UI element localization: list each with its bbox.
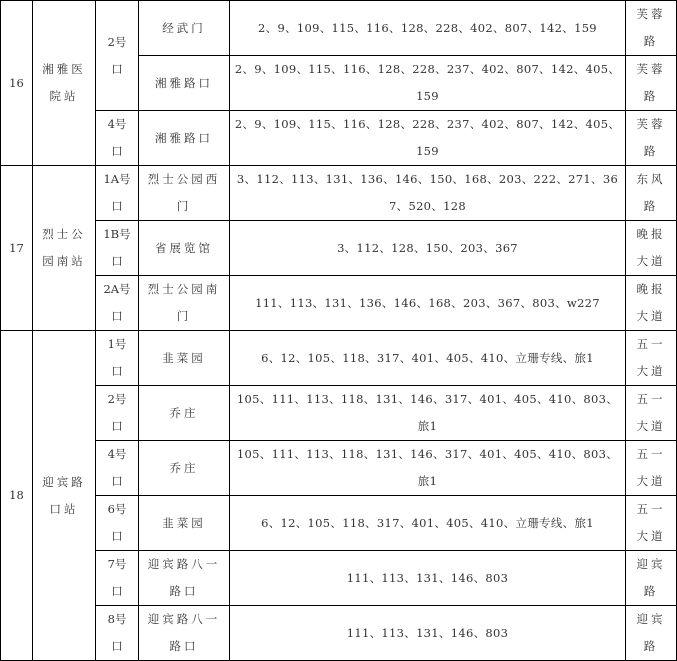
place-name: 韭菜园 [139, 331, 230, 386]
place-name: 省展览馆 [139, 221, 230, 276]
table-row: 18 迎宾路口站 1号口 韭菜园 6、12、105、118、317、401、40… [1, 331, 677, 386]
road-name: 晚报大道 [626, 276, 677, 331]
exit-label: 2号口 [96, 1, 139, 111]
exit-label: 6号口 [96, 496, 139, 551]
station-number: 18 [1, 331, 33, 661]
station-number: 17 [1, 166, 33, 331]
bus-routes: 2、9、109、115、116、128、228、237、402、807、142、… [230, 56, 626, 111]
road-name: 五一大道 [626, 496, 677, 551]
place-name: 迎宾路八一路口 [139, 551, 230, 606]
road-name: 迎宾路 [626, 606, 677, 661]
table-row: 6号口 韭菜园 6、12、105、118、317、401、405、410、立珊专… [1, 496, 677, 551]
place-name: 湘雅路口 [139, 56, 230, 111]
exit-label: 2A号口 [96, 276, 139, 331]
place-name: 乔庄 [139, 386, 230, 441]
road-name: 迎宾路 [626, 551, 677, 606]
road-name: 五一大道 [626, 331, 677, 386]
bus-routes: 2、9、109、115、116、128、228、237、402、807、142、… [230, 111, 626, 166]
bus-routes: 111、113、131、146、803 [230, 606, 626, 661]
bus-routes: 6、12、105、118、317、401、405、410、立珊专线、旅1 [230, 496, 626, 551]
road-name: 五一大道 [626, 441, 677, 496]
bus-routes: 111、113、131、136、146、168、203、367、803、w227 [230, 276, 626, 331]
bus-routes: 105、111、113、118、131、146、317、401、405、410、… [230, 441, 626, 496]
table-row: 1B号口 省展览馆 3、112、128、150、203、367 晚报大道 [1, 221, 677, 276]
bus-routes: 2、9、109、115、116、128、228、402、807、142、159 [230, 1, 626, 56]
place-name: 韭菜园 [139, 496, 230, 551]
road-name: 东风路 [626, 166, 677, 221]
table-row: 16 湘雅医院站 2号口 经武门 2、9、109、115、116、128、228… [1, 1, 677, 56]
table-row: 4号口 乔庄 105、111、113、118、131、146、317、401、4… [1, 441, 677, 496]
place-name: 乔庄 [139, 441, 230, 496]
exit-label: 4号口 [96, 441, 139, 496]
station-name: 烈士公园南站 [33, 166, 96, 331]
bus-routes: 105、111、113、118、131、146、317、401、405、410、… [230, 386, 626, 441]
road-name: 芙蓉路 [626, 111, 677, 166]
road-name: 五一大道 [626, 386, 677, 441]
table-row: 17 烈士公园南站 1A号口 烈士公园西门 3、112、113、131、136、… [1, 166, 677, 221]
exit-label: 1号口 [96, 331, 139, 386]
station-name: 迎宾路口站 [33, 331, 96, 661]
road-name: 芙蓉路 [626, 1, 677, 56]
place-name: 烈士公园西门 [139, 166, 230, 221]
bus-routes: 6、12、105、118、317、401、405、410、立珊专线、旅1 [230, 331, 626, 386]
exit-label: 1A号口 [96, 166, 139, 221]
place-name: 烈士公园南门 [139, 276, 230, 331]
road-name: 晚报大道 [626, 221, 677, 276]
station-number: 16 [1, 1, 33, 166]
place-name: 迎宾路八一路口 [139, 606, 230, 661]
bus-routes: 3、112、128、150、203、367 [230, 221, 626, 276]
station-name: 湘雅医院站 [33, 1, 96, 166]
exit-label: 7号口 [96, 551, 139, 606]
bus-transfer-table: 16 湘雅医院站 2号口 经武门 2、9、109、115、116、128、228… [0, 0, 677, 661]
exit-label: 2号口 [96, 386, 139, 441]
road-name: 芙蓉路 [626, 56, 677, 111]
bus-routes: 111、113、131、146、803 [230, 551, 626, 606]
table-row: 4号口 湘雅路口 2、9、109、115、116、128、228、237、402… [1, 111, 677, 166]
table-row: 2A号口 烈士公园南门 111、113、131、136、146、168、203、… [1, 276, 677, 331]
table-row: 7号口 迎宾路八一路口 111、113、131、146、803 迎宾路 [1, 551, 677, 606]
place-name: 经武门 [139, 1, 230, 56]
exit-label: 1B号口 [96, 221, 139, 276]
bus-routes: 3、112、113、131、136、146、150、168、203、222、27… [230, 166, 626, 221]
exit-label: 4号口 [96, 111, 139, 166]
table-row: 8号口 迎宾路八一路口 111、113、131、146、803 迎宾路 [1, 606, 677, 661]
exit-label: 8号口 [96, 606, 139, 661]
table-row: 2号口 乔庄 105、111、113、118、131、146、317、401、4… [1, 386, 677, 441]
place-name: 湘雅路口 [139, 111, 230, 166]
